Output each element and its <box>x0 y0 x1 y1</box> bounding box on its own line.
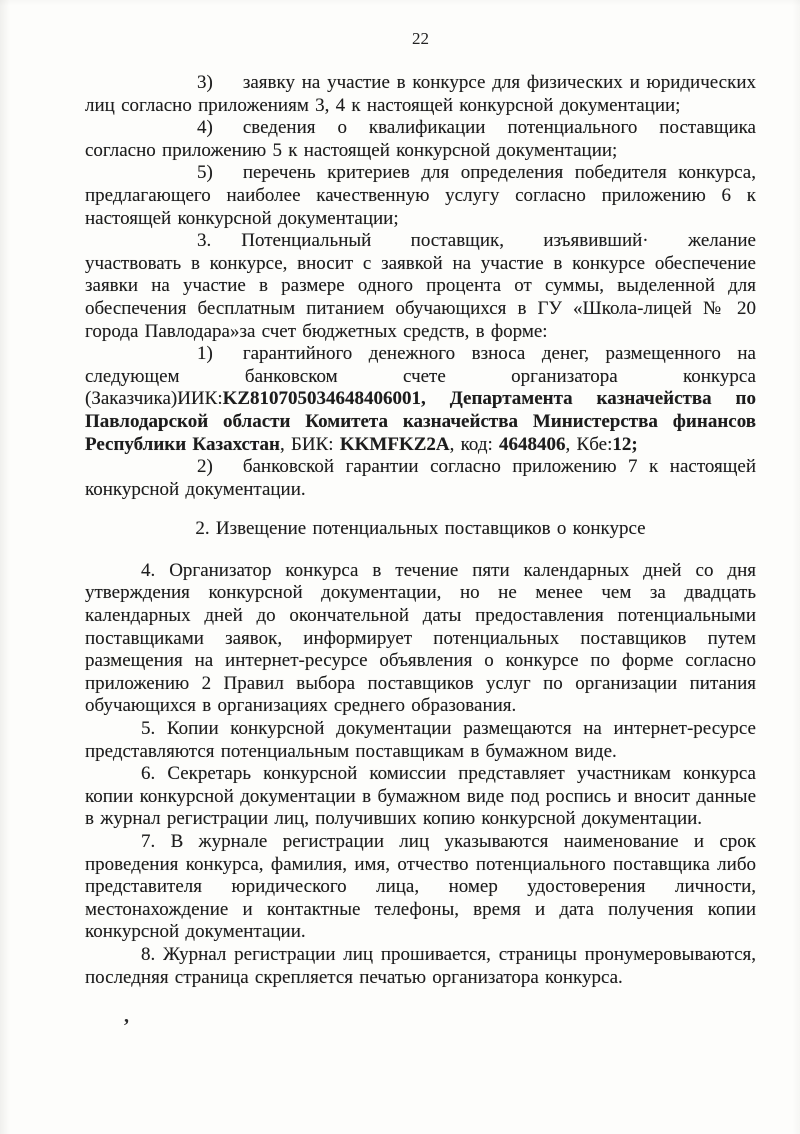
document-content: 22 3)заявку на участие в конкурсе для фи… <box>85 28 756 989</box>
list-item-5: 5)перечень критериев для определения поб… <box>85 162 756 230</box>
clause-7-registration-journal: 7. В журнале регистрации лиц указываются… <box>85 831 756 944</box>
paragraph-text: 7. В журнале регистрации лиц указываются… <box>85 831 756 942</box>
paragraph-text: 4. Организатор конкурса в течение пяти к… <box>85 560 756 717</box>
list-marker: 3) <box>141 72 213 95</box>
stray-ink-mark: ’ <box>123 1015 130 1038</box>
clause-marker: 3. <box>141 230 211 253</box>
heading-text: 2. Извещение потенциальных поставщиков о… <box>195 518 645 539</box>
paragraph-text: 6. Секретарь конкурсной комиссии предста… <box>85 763 756 829</box>
clause-5-copies: 5. Копии конкурсной документации размеща… <box>85 718 756 763</box>
list-marker: 5) <box>141 162 213 185</box>
list-item-2-bank-guarantee: 2)банковской гарантии согласно приложени… <box>85 456 756 501</box>
clause-6-secretary: 6. Секретарь конкурсной комиссии предста… <box>85 763 756 831</box>
list-item-3: 3)заявку на участие в конкурсе для физич… <box>85 72 756 117</box>
scanned-document-page: 22 3)заявку на участие в конкурсе для фи… <box>0 0 800 1134</box>
clause-8-journal-binding: 8. Журнал регистрации лиц прошивается, с… <box>85 944 756 989</box>
clause-3-supplier-security: 3.Потенциальный поставщик, изъявивший· ж… <box>85 230 756 343</box>
page-number: 22 <box>85 28 756 50</box>
section-heading-notice: 2. Извещение потенциальных поставщиков о… <box>85 518 756 541</box>
clause-4-organizer-notice: 4. Организатор конкурса в течение пяти к… <box>85 560 756 718</box>
list-marker: 2) <box>141 456 213 479</box>
list-item-1-bank-account: 1)гарантийного денежного взноса денег, р… <box>85 343 756 456</box>
paragraph-text: 8. Журнал регистрации лиц прошивается, с… <box>85 944 756 988</box>
list-item-4: 4)сведения о квалификации потенциального… <box>85 117 756 162</box>
paragraph-text: 5. Копии конкурсной документации размеща… <box>85 718 756 762</box>
list-marker: 1) <box>141 343 213 366</box>
list-marker: 4) <box>141 117 213 140</box>
